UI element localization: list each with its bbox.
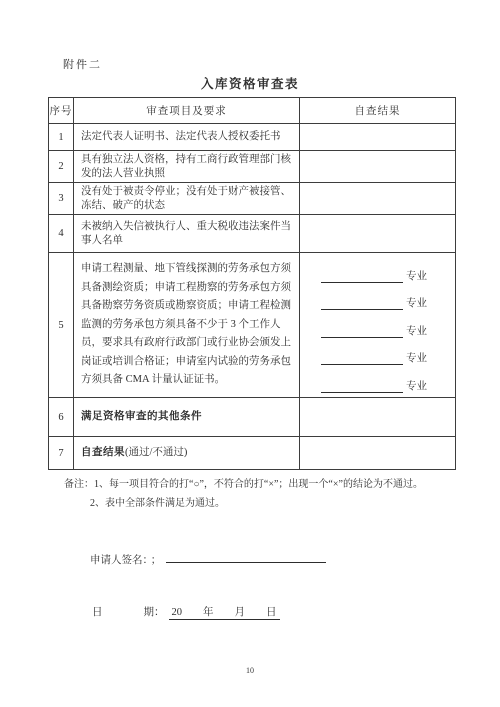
page-number: 10 — [0, 666, 500, 675]
notes-label: 备注： — [64, 479, 94, 490]
profession-blank-list: 专业 专业 专业 专业 — [300, 268, 455, 393]
table-row: 3 没有处于被责令停业；没有处于财产被接管、冻结、破产的状态 — [49, 183, 456, 215]
blank-underline — [321, 382, 403, 393]
row-number: 1 — [49, 124, 74, 151]
signature-mark: ； — [151, 555, 162, 566]
blank-underline — [321, 327, 403, 338]
header-result: 自查结果 — [300, 98, 456, 124]
note-line-1: 备注：1、每一项目符合的打“○”，不符合的打“×”；出现一个“×”的结论为不通过… — [64, 479, 423, 491]
date-blank: 20 年 月 日 — [169, 604, 280, 620]
date-label-qi: 期： — [144, 607, 165, 618]
signature-label: 申请人签名： — [90, 555, 148, 566]
result-cell — [300, 437, 456, 470]
row-item-text: 自查结果(通过/不通过) — [74, 437, 300, 470]
table-header-row: 序号 审查项目及要求 自查结果 — [49, 98, 456, 124]
qualification-review-table: 序号 审查项目及要求 自查结果 1 法定代表人证明书、法定代表人授权委托书 2 … — [48, 97, 456, 470]
profession-label: 专业 — [406, 323, 427, 338]
blank-underline — [321, 299, 403, 310]
notes: 备注：1、每一项目符合的打“○”，不符合的打“×”；出现一个“×”的结论为不通过… — [64, 479, 423, 510]
header-no: 序号 — [49, 98, 74, 124]
profession-line: 专业 — [321, 378, 455, 393]
profession-label: 专业 — [406, 268, 427, 283]
result-cell — [300, 398, 456, 437]
table-row: 4 未被纳入失信被执行人、重大税收违法案件当事人名单 — [49, 215, 456, 253]
row-item-text: 申请工程测量、地下管线探测的劳务承包方须具备测绘资质；申请工程勘察的劳务承包方须… — [74, 253, 300, 398]
signature-underline — [166, 552, 326, 563]
result-cell — [300, 183, 456, 215]
table-row: 6 满足资格审查的其他条件 — [49, 398, 456, 437]
result-cell: 专业 专业 专业 专业 — [300, 253, 456, 398]
row-number: 6 — [49, 398, 74, 437]
blank-underline — [321, 354, 403, 365]
row-item-text: 未被纳入失信被执行人、重大税收违法案件当事人名单 — [74, 215, 300, 253]
date-label-ri: 日 — [92, 607, 103, 618]
date-line: 日期：20 年 月 日 — [92, 604, 280, 620]
page-title: 入库资格审查表 — [0, 74, 500, 92]
row-item-text: 法定代表人证明书、法定代表人授权委托书 — [74, 124, 300, 151]
row-number: 3 — [49, 183, 74, 215]
row-item-text: 没有处于被责令停业；没有处于财产被接管、冻结、破产的状态 — [74, 183, 300, 215]
profession-line: 专业 — [321, 350, 455, 365]
profession-label: 专业 — [406, 378, 427, 393]
document-page: 附件二 入库资格审查表 序号 审查项目及要求 自查结果 1 法定代表人证明书、法… — [0, 0, 500, 707]
table-row: 1 法定代表人证明书、法定代表人授权委托书 — [49, 124, 456, 151]
table-row: 5 申请工程测量、地下管线探测的劳务承包方须具备测绘资质；申请工程勘察的劳务承包… — [49, 253, 456, 398]
profession-line: 专业 — [321, 268, 455, 283]
profession-label: 专业 — [406, 295, 427, 310]
row-number: 4 — [49, 215, 74, 253]
header-item: 审查项目及要求 — [74, 98, 300, 124]
row-item-text: 满足资格审查的其他条件 — [74, 398, 300, 437]
blank-underline — [321, 272, 403, 283]
row-item-text: 具有独立法人资格，持有工商行政管理部门核发的法人营业执照 — [74, 151, 300, 183]
row-number: 5 — [49, 253, 74, 398]
note-text-1: 1、每一项目符合的打“○”，不符合的打“×”；出现一个“×”的结论为不通过。 — [94, 479, 423, 490]
result-cell — [300, 151, 456, 183]
attachment-label: 附件二 — [63, 56, 102, 72]
signature-line: 申请人签名：； — [90, 552, 326, 567]
row-number: 7 — [49, 437, 74, 470]
result-cell — [300, 124, 456, 151]
profession-line: 专业 — [321, 323, 455, 338]
table-row: 7 自查结果(通过/不通过) — [49, 437, 456, 470]
result-cell — [300, 215, 456, 253]
profession-label: 专业 — [406, 350, 427, 365]
table-row: 2 具有独立法人资格，持有工商行政管理部门核发的法人营业执照 — [49, 151, 456, 183]
self-check-result-label: 自查结果 — [81, 447, 125, 458]
row-number: 2 — [49, 151, 74, 183]
profession-line: 专业 — [321, 295, 455, 310]
self-check-result-hint: (通过/不通过) — [125, 447, 187, 458]
note-line-2: 2、表中全部条件满足为通过。 — [90, 498, 423, 510]
